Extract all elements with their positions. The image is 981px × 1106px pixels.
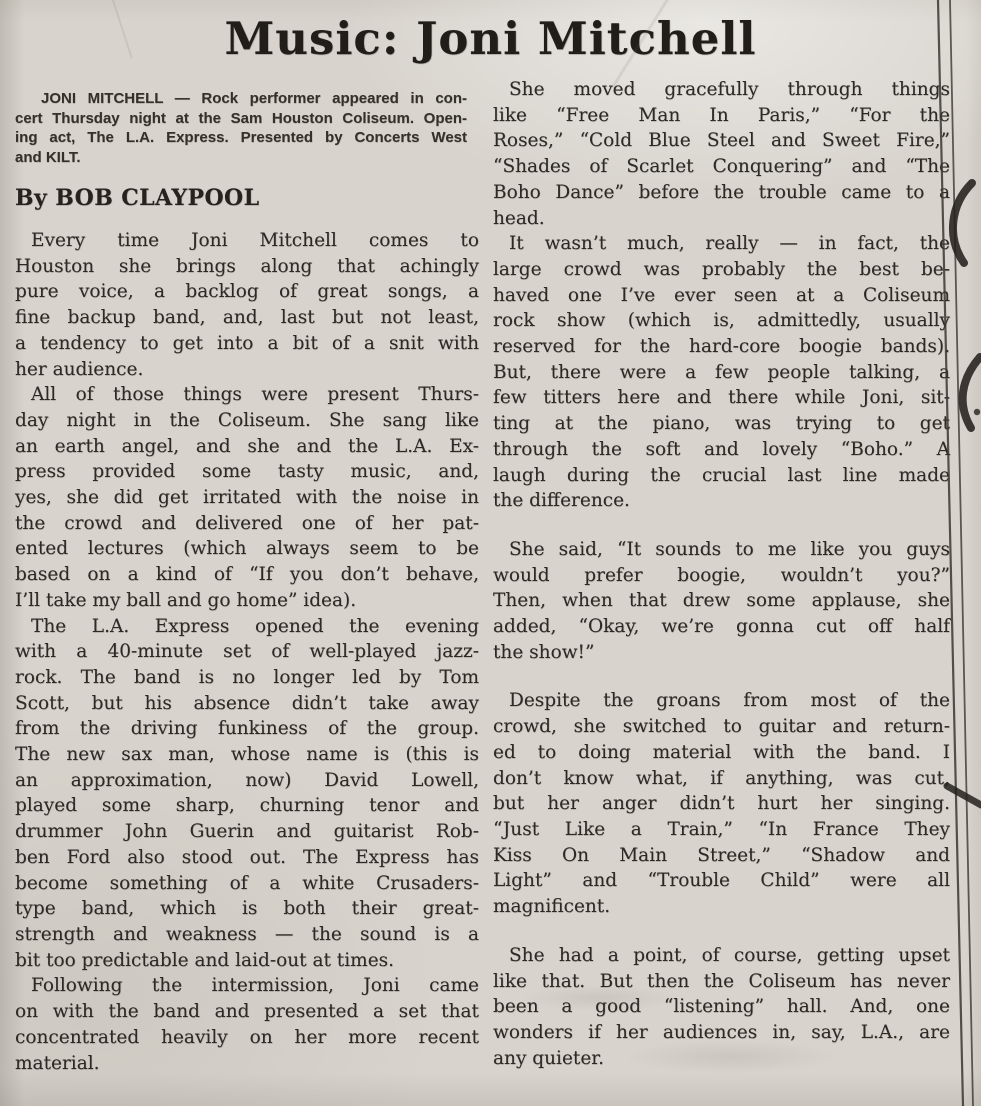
paragraph: It wasn’t much, really — in fact, thelar… <box>493 231 950 514</box>
text-line: haved one I’ve ever seen at a Coliseum <box>493 283 950 309</box>
text-line: large crowd was probably the best be- <box>493 257 950 283</box>
text-line: yes, she did get irritated with the nois… <box>15 485 479 511</box>
text-line: like that. But then the Coliseum has nev… <box>493 969 950 995</box>
text-line: few titters here and there while Joni, s… <box>493 385 950 411</box>
text-line: any quieter. <box>493 1046 950 1072</box>
text-line: from the driving funkiness of the group. <box>15 716 479 742</box>
text-line: the difference. <box>493 488 950 514</box>
text-line: magnificent. <box>493 894 950 920</box>
article-columns: JONI MITCHELL — Rock performer appeared … <box>0 73 981 1076</box>
text-line: I’ll take my ball and go home” idea). <box>15 588 479 614</box>
left-column: JONI MITCHELL — Rock performer appeared … <box>15 73 479 1076</box>
text-line: Roses,” “Cold Blue Steel and Sweet Fire,… <box>493 128 950 154</box>
article-title: Music: Joni Mitchell <box>60 12 921 65</box>
text-line: a tendency to get into a bit of a snit w… <box>15 331 479 357</box>
text-line: JONI MITCHELL — Rock performer appeared … <box>15 89 467 109</box>
text-line: an earth angel, and she and the L.A. Ex- <box>15 434 479 460</box>
paragraph: She had a point, of course, getting upse… <box>493 943 950 1072</box>
text-line: concentrated heavily on her more recent <box>15 1025 479 1051</box>
text-line: like “Free Man In Paris,” “For the <box>493 103 950 129</box>
text-line: day night in the Coliseum. She sang like <box>15 408 479 434</box>
text-line: rock. The band is no longer led by Tom <box>15 665 479 691</box>
paragraph: Despite the groans from most of thecrowd… <box>493 688 950 919</box>
text-line: She had a point, of course, getting upse… <box>493 943 950 969</box>
left-column-text: Every time Joni Mitchell comes toHouston… <box>15 228 479 1076</box>
text-line: the crowd and delivered one of her pat- <box>15 511 479 537</box>
text-line: strength and weakness — the sound is a <box>15 922 479 948</box>
paragraph: She said, “It sounds to me like you guys… <box>493 537 950 666</box>
text-line: played some sharp, churning tenor and <box>15 793 479 819</box>
text-line: material. <box>15 1051 479 1077</box>
text-line: ented lectures (which always seem to be <box>15 536 479 562</box>
paragraph: Following the intermission, Joni cameon … <box>15 973 479 1076</box>
text-line: ben Ford also stood out. The Express has <box>15 845 479 871</box>
text-line: don’t know what, if anything, was cut, <box>493 766 950 792</box>
text-line: would prefer boogie, wouldn’t you?” <box>493 563 950 589</box>
text-line: type band, which is both their great- <box>15 896 479 922</box>
text-line: The L.A. Express opened the evening <box>15 614 479 640</box>
text-line: ing act, The L.A. Express. Presented by … <box>15 128 467 148</box>
text-line: Houston she brings along that achingly <box>15 254 479 280</box>
text-line: through the soft and lovely “Boho.” A <box>493 437 950 463</box>
text-line: cert Thursday night at the Sam Houston C… <box>15 109 467 129</box>
text-line: Every time Joni Mitchell comes to <box>15 228 479 254</box>
text-line: Light” and “Trouble Child” were all <box>493 868 950 894</box>
text-line: laugh during the crucial last line made <box>493 463 950 489</box>
text-line: head. <box>493 206 950 232</box>
text-line: All of those things were present Thurs- <box>15 382 479 408</box>
text-line: on with the band and presented a set tha… <box>15 999 479 1025</box>
text-line: an approximation, now) David Lowell, <box>15 768 479 794</box>
text-line: wonders if her audiences in, say, L.A., … <box>493 1020 950 1046</box>
text-line: “Shades of Scarlet Conquering” and “The <box>493 154 950 180</box>
paragraph: All of those things were present Thurs-d… <box>15 382 479 613</box>
text-line: her audience. <box>15 357 479 383</box>
text-line: Boho Dance” before the trouble came to a <box>493 180 950 206</box>
text-line: She said, “It sounds to me like you guys <box>493 537 950 563</box>
text-line: but her anger didn’t hurt her singing. <box>493 791 950 817</box>
text-line: with a 40-minute set of well-played jazz… <box>15 639 479 665</box>
text-line: She moved gracefully through things <box>493 77 950 103</box>
text-line: added, “Okay, we’re gonna cut off half <box>493 614 950 640</box>
text-line: Despite the groans from most of the <box>493 688 950 714</box>
text-line: been a good “listening” hall. And, one <box>493 994 950 1020</box>
text-line: It wasn’t much, really — in fact, the <box>493 231 950 257</box>
text-line: rock show (which is, admittedly, usually <box>493 308 950 334</box>
paragraph: She moved gracefully through thingslike … <box>493 77 950 231</box>
text-line: press provided some tasty music, and, <box>15 459 479 485</box>
right-column: She moved gracefully through thingslike … <box>493 73 950 1076</box>
text-line: and KILT. <box>15 148 467 168</box>
text-line: Following the intermission, Joni came <box>15 973 479 999</box>
text-line: Then, when that drew some applause, she <box>493 588 950 614</box>
text-line: pure voice, a backlog of great songs, a <box>15 279 479 305</box>
text-line: become something of a white Crusaders- <box>15 871 479 897</box>
right-column-text: She moved gracefully through thingslike … <box>493 77 950 1071</box>
text-line: the show!” <box>493 640 950 666</box>
text-line: “Just Like a Train,” “In France They <box>493 817 950 843</box>
newspaper-clipping: Music: Joni Mitchell JONI MITCHELL — Roc… <box>0 0 981 1106</box>
text-line: drummer John Guerin and guitarist Rob- <box>15 819 479 845</box>
text-line: based on a kind of “If you don’t behave, <box>15 562 479 588</box>
byline: By BOB CLAYPOOL <box>15 185 479 211</box>
photo-credit-block: JONI MITCHELL — Rock performer appeared … <box>15 89 467 167</box>
text-line: But, there were a few people talking, a <box>493 360 950 386</box>
text-line: ed to doing material with the band. I <box>493 740 950 766</box>
text-line: reserved for the hard-core boogie bands)… <box>493 334 950 360</box>
text-line: bit too predictable and laid-out at time… <box>15 948 479 974</box>
text-line: The new sax man, whose name is (this is <box>15 742 479 768</box>
paragraph: Every time Joni Mitchell comes toHouston… <box>15 228 479 382</box>
text-line: Scott, but his absence didn’t take away <box>15 691 479 717</box>
text-line: fine backup band, and, last but not leas… <box>15 305 479 331</box>
text-line: crowd, she switched to guitar and return… <box>493 714 950 740</box>
text-line: ting at the piano, was trying to get <box>493 411 950 437</box>
paragraph: The L.A. Express opened the eveningwith … <box>15 614 479 974</box>
text-line: Kiss On Main Street,” “Shadow and <box>493 843 950 869</box>
